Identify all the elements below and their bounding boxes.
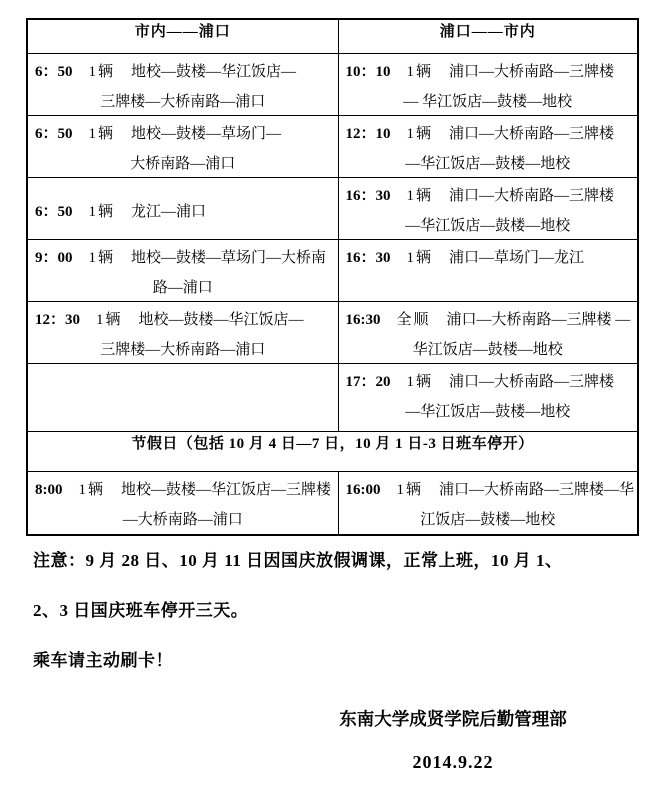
route-continuation: —华江饭店—鼓楼—地校: [339, 394, 638, 424]
departure-time: 6：50: [35, 60, 73, 84]
holiday-schedule-row: 8:00 1辆 地校—鼓楼—华江饭店—三牌楼 —大桥南路—浦口 16:00 1辆…: [27, 471, 638, 535]
route-segment: 浦口—大桥南路—三牌楼 —: [447, 308, 631, 332]
table-row: 6：50 1辆 地校—鼓楼—草场门— 大桥南路—浦口 12：10 1辆 浦口—大…: [27, 115, 638, 177]
route-continuation: 大桥南路—浦口: [28, 146, 338, 176]
empty-cell: [27, 363, 338, 431]
vehicle-count: 1辆: [407, 60, 434, 84]
departure-time: 16:30: [346, 308, 381, 332]
route-segment: 浦口—大桥南路—三牌楼: [449, 60, 614, 84]
schedule-cell: 16：30 1辆 浦口—大桥南路—三牌楼 —华江饭店—鼓楼—地校: [338, 177, 638, 239]
vehicle-count: 1辆: [89, 122, 116, 146]
departure-time: 6：50: [35, 122, 73, 146]
schedule-cell: 12：10 1辆 浦口—大桥南路—三牌楼 —华江饭店—鼓楼—地校: [338, 115, 638, 177]
route-segment: 地校—鼓楼—华江饭店—三牌楼: [121, 478, 331, 502]
bus-schedule-document: 市内——浦口 浦口——市内 6：50 1辆 地校—鼓楼—华江饭店— 三牌楼—大桥…: [0, 0, 666, 787]
vehicle-count: 1辆: [407, 246, 434, 270]
schedule-cell: 10：10 1辆 浦口—大桥南路—三牌楼 — 华江饭店—鼓楼—地校: [338, 53, 638, 115]
route-continuation: 路—浦口: [28, 270, 338, 300]
vehicle-count: 1辆: [407, 370, 434, 394]
schedule-cell: 6：50 1辆 地校—鼓楼—草场门— 大桥南路—浦口: [27, 115, 338, 177]
departure-time: 6：50: [35, 200, 73, 224]
route-continuation: — 华江饭店—鼓楼—地校: [339, 84, 638, 114]
schedule-cell: 12：30 1辆 地校—鼓楼—华江饭店— 三牌楼—大桥南路—浦口: [27, 301, 338, 363]
vehicle-count: 1辆: [407, 122, 434, 146]
notice-paragraph: 注意：9 月 28 日、10 月 11 日因国庆放假调课，正常上班，10 月 1…: [33, 536, 643, 686]
table-row: 9：00 1辆 地校—鼓楼—草场门—大桥南 路—浦口 16：30 1辆 浦口—草…: [27, 239, 638, 301]
route-segment: 浦口—大桥南路—三牌楼: [449, 370, 614, 394]
route-continuation: —华江饭店—鼓楼—地校: [339, 208, 638, 238]
route-segment: 地校—鼓楼—草场门—: [131, 122, 281, 146]
table-row: 17：20 1辆 浦口—大桥南路—三牌楼 —华江饭店—鼓楼—地校: [27, 363, 638, 431]
schedule-cell: 6：50 1辆 地校—鼓楼—华江饭店— 三牌楼—大桥南路—浦口: [27, 53, 338, 115]
vehicle-type: 全顺: [397, 308, 431, 332]
departure-time: 17：20: [346, 370, 391, 394]
direction-header-pukou-to-city: 浦口——市内: [338, 19, 638, 53]
vehicle-count: 1辆: [397, 478, 424, 502]
route-segment: 浦口—大桥南路—三牌楼: [449, 184, 614, 208]
departure-time: 16:00: [346, 478, 381, 502]
schedule-cell: 16:00 1辆 浦口—大桥南路—三牌楼—华 江饭店—鼓楼—地校: [338, 471, 638, 535]
departure-time: 16：30: [346, 246, 391, 270]
departure-time: 12：10: [346, 122, 391, 146]
vehicle-count: 1辆: [407, 184, 434, 208]
schedule-cell: 17：20 1辆 浦口—大桥南路—三牌楼 —华江饭店—鼓楼—地校: [338, 363, 638, 431]
vehicle-count: 1辆: [96, 308, 123, 332]
route-continuation: 三牌楼—大桥南路—浦口: [28, 84, 338, 114]
schedule-cell: 6：50 1辆 龙江—浦口: [27, 177, 338, 239]
notice-line: 注意：9 月 28 日、10 月 11 日因国庆放假调课，正常上班，10 月 1…: [33, 536, 643, 586]
departure-time: 8:00: [35, 478, 63, 502]
vehicle-count: 1辆: [89, 246, 116, 270]
route-continuation: 江饭店—鼓楼—地校: [339, 502, 638, 532]
departure-time: 12：30: [35, 308, 80, 332]
issue-date: 2014.9.22: [288, 752, 618, 773]
vehicle-count: 1辆: [89, 200, 116, 224]
notice-line: 2、3 日国庆班车停开三天。: [33, 586, 643, 636]
route-segment: 龙江—浦口: [131, 200, 206, 224]
route-segment: 地校—鼓楼—草场门—大桥南: [131, 246, 326, 270]
table-row: 6：50 1辆 龙江—浦口 16：30 1辆 浦口—大桥南路—三牌楼 —华江饭店…: [27, 177, 638, 239]
direction-header-city-to-pukou: 市内——浦口: [27, 19, 338, 53]
departure-time: 16：30: [346, 184, 391, 208]
issuing-department: 东南大学成贤学院后勤管理部: [288, 706, 618, 731]
route-continuation: 华江饭店—鼓楼—地校: [339, 332, 638, 362]
notice-line: 乘车请主动刷卡！: [33, 636, 643, 686]
holiday-notice-title: 节假日（包括 10 月 4 日—7 日，10 月 1 日-3 日班车停开）: [27, 431, 638, 471]
schedule-cell: 8:00 1辆 地校—鼓楼—华江饭店—三牌楼 —大桥南路—浦口: [27, 471, 338, 535]
route-continuation: 三牌楼—大桥南路—浦口: [28, 332, 338, 362]
route-segment: 地校—鼓楼—华江饭店—: [131, 60, 296, 84]
route-continuation: —华江饭店—鼓楼—地校: [339, 146, 638, 176]
route-segment: 浦口—大桥南路—三牌楼: [449, 122, 614, 146]
departure-time: 10：10: [346, 60, 391, 84]
table-header-row: 市内——浦口 浦口——市内: [27, 19, 638, 53]
holiday-title-row: 节假日（包括 10 月 4 日—7 日，10 月 1 日-3 日班车停开）: [27, 431, 638, 471]
table-row: 6：50 1辆 地校—鼓楼—华江饭店— 三牌楼—大桥南路—浦口 10：10 1辆…: [27, 53, 638, 115]
route-segment: 地校—鼓楼—华江饭店—: [139, 308, 304, 332]
schedule-cell: 9：00 1辆 地校—鼓楼—草场门—大桥南 路—浦口: [27, 239, 338, 301]
route-continuation: —大桥南路—浦口: [28, 502, 338, 532]
signature-block: 东南大学成贤学院后勤管理部 2014.9.22: [288, 706, 618, 773]
table-row: 12：30 1辆 地校—鼓楼—华江饭店— 三牌楼—大桥南路—浦口 16:30 全…: [27, 301, 638, 363]
route-segment: 浦口—大桥南路—三牌楼—华: [439, 478, 634, 502]
departure-time: 9：00: [35, 246, 73, 270]
vehicle-count: 1辆: [89, 60, 116, 84]
vehicle-count: 1辆: [79, 478, 106, 502]
route-segment: 浦口—草场门—龙江: [449, 246, 584, 270]
bus-schedule-table: 市内——浦口 浦口——市内 6：50 1辆 地校—鼓楼—华江饭店— 三牌楼—大桥…: [26, 18, 639, 536]
schedule-cell: 16：30 1辆 浦口—草场门—龙江: [338, 239, 638, 301]
schedule-cell: 16:30 全顺 浦口—大桥南路—三牌楼 — 华江饭店—鼓楼—地校: [338, 301, 638, 363]
